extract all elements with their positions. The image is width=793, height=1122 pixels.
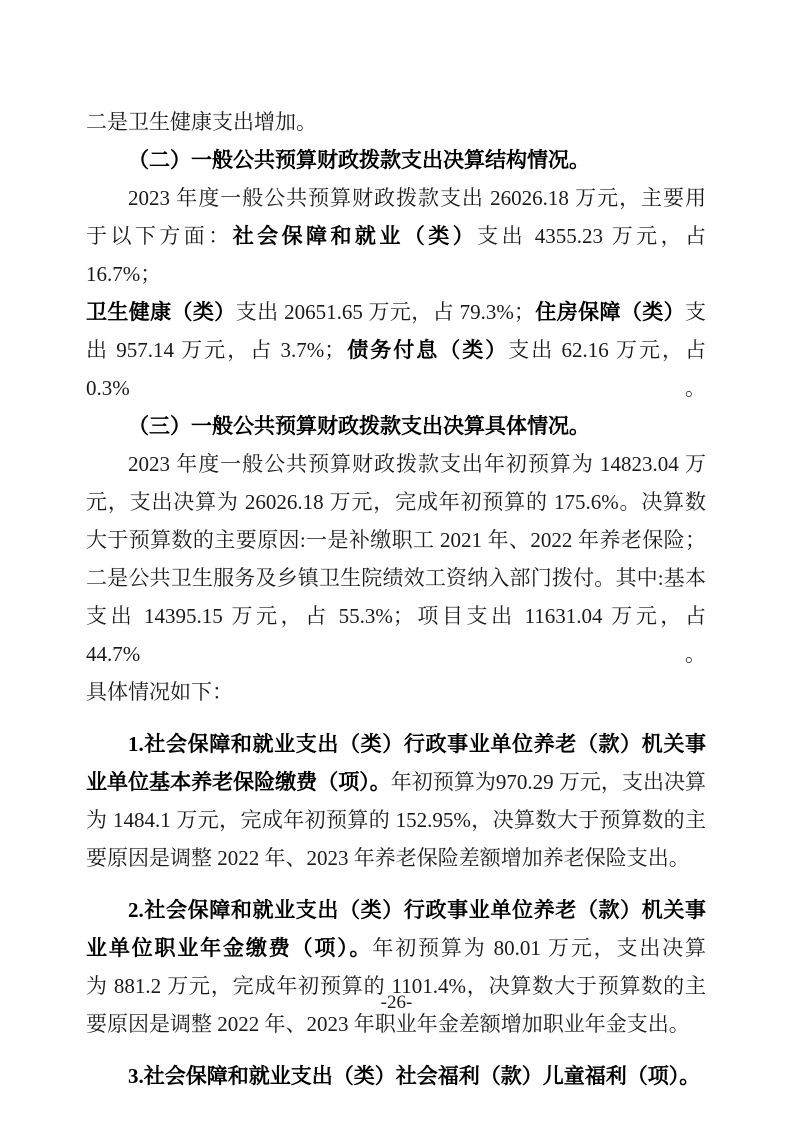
emphasis-text: 业单位职业年金缴费（项）。 [86,936,372,960]
paragraph-carryover: 二是卫生健康支出增加。 [86,103,706,141]
body-text: 支出 14395.15 万元，占 55.3%；项目支出 11631.04 万元，… [86,604,706,666]
body-text: 为 1484.1 万元，完成年初预算的 152.95%，决算数大于预算数的主 [86,808,706,832]
text-line: 业单位职业年金缴费（项）。年初预算为 80.01 万元，支出决算 [86,929,706,967]
heading-section-3: （三）一般公共预算财政拨款支出决算具体情况。 [86,407,706,445]
text-line: 于以下方面：社会保障和就业（类）支出 4355.23 万元，占 16.7%； [86,217,706,293]
text-line: （三）一般公共预算财政拨款支出决算具体情况。 [86,407,706,445]
body-text: 大于预算数的主要原因:一是补缴职工 2021 年、2022 年养老保险； [86,528,706,552]
body-text: 支 [685,300,706,324]
body-text: 二是卫生健康支出增加。 [86,110,317,134]
text-line: 卫生健康（类）支出 20651.65 万元，占 79.3%；住房保障（类）支 [86,293,706,331]
text-line: 2.社会保障和就业支出（类）行政事业单位养老（款）机关事 [86,891,706,929]
body-text: 要原因是调整 2022 年、2023 年职业年金差额增加职业年金支出。 [86,1012,690,1036]
text-line: 业单位基本养老保险缴费（项）。年初预算为970.29 万元，支出决算 [86,763,706,801]
text-line: 3.社会保障和就业支出（类）社会福利（款）儿童福利（项）。 [86,1057,706,1095]
document-page: { "page": { "background": "#ffffff", "te… [0,0,793,1122]
text-line: 二是公共卫生服务及乡镇卫生院绩效工资纳入部门拨付。其中:基本 [86,559,706,597]
body-text: 年初预算为970.29 万元，支出决算 [391,770,706,794]
emphasis-text: （三）一般公共预算财政拨款支出决算具体情况。 [128,414,590,438]
text-line: （二）一般公共预算财政拨款支出决算结构情况。 [86,141,706,179]
paragraph-detail-overview: 2023 年度一般公共预算财政拨款支出年初预算为 14823.04 万元，支出决… [86,445,706,711]
text-line: 大于预算数的主要原因:一是补缴职工 2021 年、2022 年养老保险； [86,521,706,559]
body-text: 出 957.14 万元，占 3.7%； [86,338,345,362]
body-text: 要原因是调整 2022 年、2023 年养老保险差额增加养老保险支出。 [86,846,690,870]
body-text: 于以下方面： [86,224,233,248]
page-number: -26- [0,992,793,1014]
text-line: 二是卫生健康支出增加。 [86,103,706,141]
heading-section-2: （二）一般公共预算财政拨款支出决算结构情况。 [86,141,706,179]
paragraph-item-3-child-welfare: 3.社会保障和就业支出（类）社会福利（款）儿童福利（项）。 [86,1057,706,1095]
text-line: 2023 年度一般公共预算财政拨款支出年初预算为 14823.04 万 [86,445,706,483]
text-line: 为 1484.1 万元，完成年初预算的 152.95%，决算数大于预算数的主 [86,801,706,839]
text-line: 支出 14395.15 万元，占 55.3%；项目支出 11631.04 万元，… [86,597,706,673]
body-text: 具体情况如下： [86,680,233,704]
emphasis-text: （二）一般公共预算财政拨款支出决算结构情况。 [128,148,590,172]
body-text: 2023 年度一般公共预算财政拨款支出 26026.18 万元，主要用 [128,186,706,210]
text-line: 2023 年度一般公共预算财政拨款支出 26026.18 万元，主要用 [86,179,706,217]
text-line: 1.社会保障和就业支出（类）行政事业单位养老（款）机关事 [86,725,706,763]
text-line: 具体情况如下： [86,673,706,711]
emphasis-text: 1.社会保障和就业支出（类）行政事业单位养老（款）机关事 [128,732,706,756]
emphasis-text: 住房保障（类） [535,300,685,324]
body-text: 支出 20651.65 万元，占 79.3%； [236,300,535,324]
emphasis-text: 债务付息（类） [345,338,508,362]
emphasis-text: 业单位基本养老保险缴费（项）。 [86,770,391,794]
document-body: 二是卫生健康支出增加。（二）一般公共预算财政拨款支出决算结构情况。2023 年度… [86,103,706,1095]
text-line: 出 957.14 万元，占 3.7%；债务付息（类）支出 62.16 万元，占 … [86,331,706,407]
body-text: 年初预算为 80.01 万元，支出决算 [372,936,706,960]
text-line: 元，支出决算为 26026.18 万元，完成年初预算的 175.6%。决算数 [86,483,706,521]
emphasis-text: 社会保障和就业（类） [233,224,477,248]
paragraph-structure-overview: 2023 年度一般公共预算财政拨款支出 26026.18 万元，主要用于以下方面… [86,179,706,407]
emphasis-text: 3.社会保障和就业支出（类）社会福利（款）儿童福利（项）。 [128,1064,700,1088]
body-text: 2023 年度一般公共预算财政拨款支出年初预算为 14823.04 万 [128,452,706,476]
body-text: 元，支出决算为 26026.18 万元，完成年初预算的 175.6%。决算数 [86,490,706,514]
paragraph-item-2-annuity: 2.社会保障和就业支出（类）行政事业单位养老（款）机关事业单位职业年金缴费（项）… [86,891,706,1043]
body-text: 二是公共卫生服务及乡镇卫生院绩效工资纳入部门拨付。其中:基本 [86,566,706,590]
paragraph-item-1-pension: 1.社会保障和就业支出（类）行政事业单位养老（款）机关事业单位基本养老保险缴费（… [86,725,706,877]
text-line: 要原因是调整 2022 年、2023 年养老保险差额增加养老保险支出。 [86,839,706,877]
emphasis-text: 2.社会保障和就业支出（类）行政事业单位养老（款）机关事 [128,898,706,922]
emphasis-text: 卫生健康（类） [86,300,236,324]
